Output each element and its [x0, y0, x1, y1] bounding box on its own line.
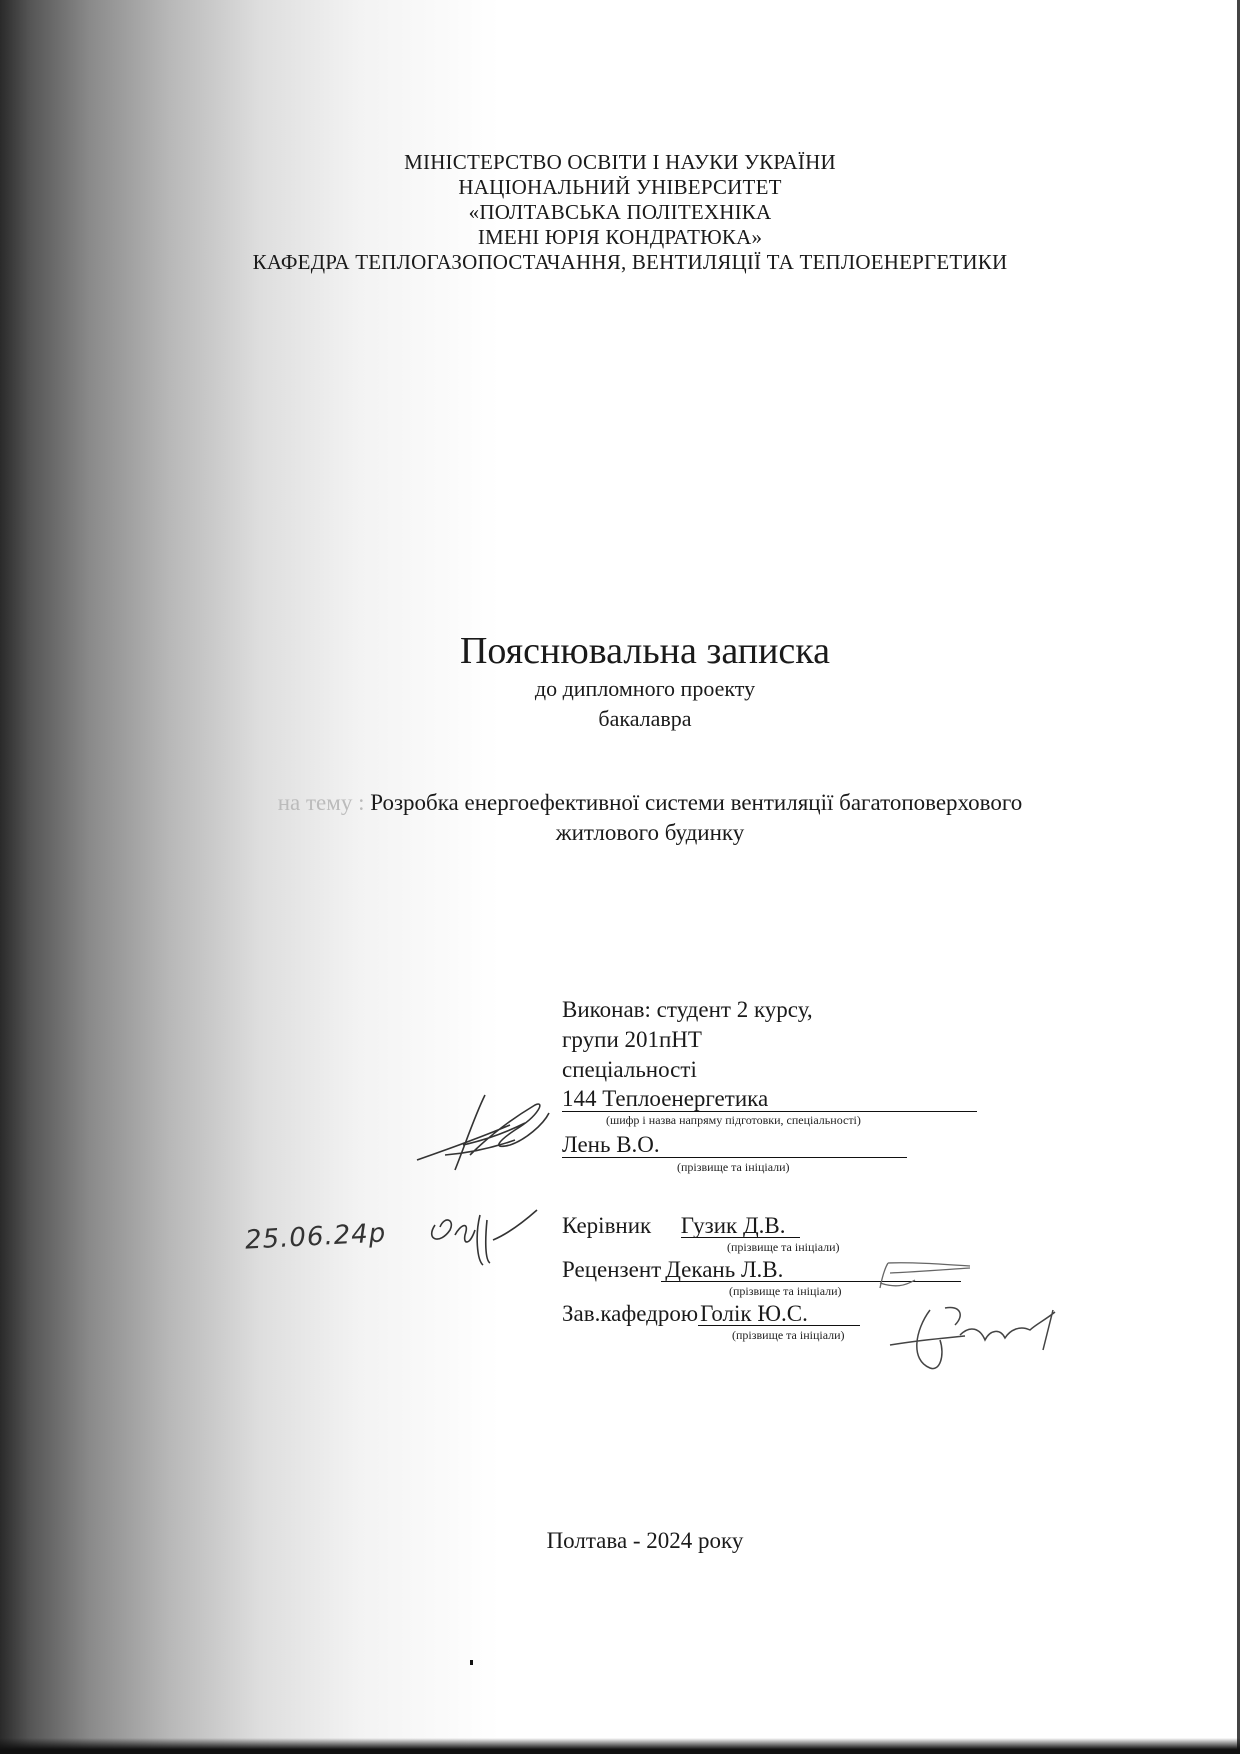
supervisor-label: Керівник — [562, 1213, 651, 1238]
supervisor-signature-icon — [425, 1205, 545, 1270]
reviewer-signature-icon — [870, 1258, 990, 1298]
author-name-field: Лень В.О. — [562, 1133, 907, 1158]
topic-separator: : — [352, 790, 370, 815]
topic: на тему : Розробка енергоефективної сист… — [190, 788, 1110, 848]
title-sub: бакалавра — [0, 704, 1240, 734]
title-sub: до дипломного проекту — [0, 674, 1240, 704]
university-name-line: ІМЕНІ ЮРІЯ КОНДРАТЮКА» — [0, 225, 1240, 250]
university-line: НАЦІОНАЛЬНИЙ УНІВЕРСИТЕТ — [0, 175, 1240, 200]
handwritten-date: 25.06.24р — [244, 1218, 387, 1255]
scan-speck — [470, 1660, 473, 1665]
institution-header: МІНІСТЕРСТВО ОСВІТИ І НАУКИ УКРАЇНИ НАЦІ… — [0, 150, 1240, 275]
specialty-caption: (шифр і назва напряму підготовки, спеціа… — [562, 1113, 977, 1127]
specialty-field: 144 Теплоенергетика — [562, 1087, 977, 1112]
title-page: МІНІСТЕРСТВО ОСВІТИ І НАУКИ УКРАЇНИ НАЦІ… — [0, 0, 1240, 1754]
topic-text: Розробка енергоефективної системи вентил… — [370, 790, 1022, 815]
author-block: Виконав: студент 2 курсу, групи 201пНТ с… — [562, 995, 977, 1174]
supervisor-row: Керівник Гузик Д.В. — [562, 1212, 961, 1240]
author-signature-icon — [415, 1085, 555, 1175]
specialty-value: 144 Теплоенергетика — [562, 1086, 768, 1111]
author-name-caption: (прізвище та ініціали) — [562, 1160, 977, 1174]
topic-prefix: на тему — [278, 790, 353, 815]
supervisor-caption: (прізвище та ініціали) — [562, 1240, 961, 1254]
title-main: Пояснювальна записка — [0, 628, 1240, 674]
ministry-line: МІНІСТЕРСТВО ОСВІТИ І НАУКИ УКРАЇНИ — [0, 150, 1240, 175]
topic-text: житлового будинку — [190, 818, 1110, 848]
head-label: Зав.кафедрою — [562, 1301, 698, 1326]
author-name: Лень В.О. — [562, 1132, 660, 1157]
reviewer-label: Рецензент — [562, 1257, 661, 1282]
author-line: Виконав: студент 2 курсу, — [562, 995, 977, 1025]
supervisor-name: Гузик Д.В. — [681, 1215, 800, 1238]
department-line: КАФЕДРА ТЕПЛОГАЗОПОСТАЧАННЯ, ВЕНТИЛЯЦІЇ … — [20, 250, 1240, 275]
head-name: Голік Ю.С. — [698, 1303, 860, 1326]
document-title: Пояснювальна записка до дипломного проек… — [0, 628, 1240, 734]
group-line: групи 201пНТ — [562, 1025, 977, 1055]
place-year: Полтава - 2024 року — [0, 1528, 1240, 1554]
university-name-line: «ПОЛТАВСЬКА ПОЛІТЕХНІКА — [0, 200, 1240, 225]
specialty-label: спеціальності — [562, 1055, 977, 1085]
head-signature-icon — [885, 1300, 1075, 1375]
